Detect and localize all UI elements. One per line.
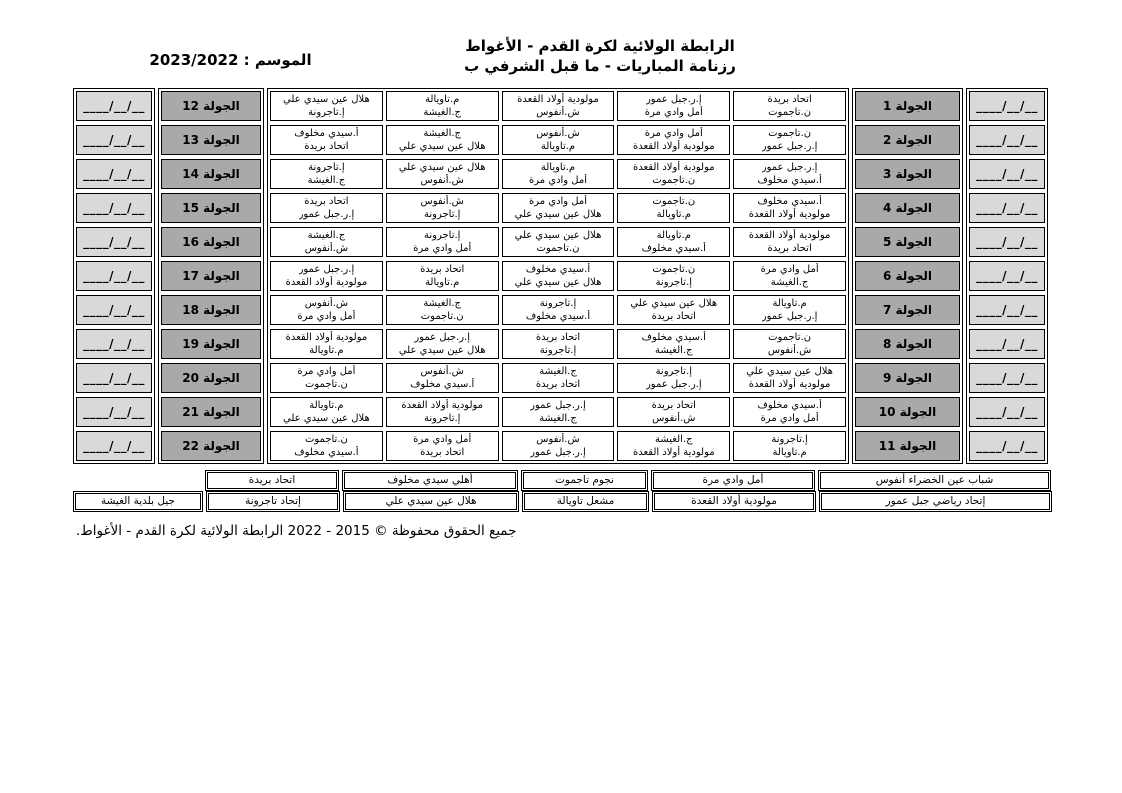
round-label-right: الجولة 6 xyxy=(855,261,960,291)
match-cell: إ.ر.جبل عمورأ.سيدي مخلوف xyxy=(733,159,846,189)
home-team-name: إ.تاجرونة xyxy=(656,365,692,378)
away-team-name: هلال عين سيدي علي xyxy=(515,208,602,221)
home-team-name: ش.أنفوس xyxy=(536,127,579,140)
legend-team-cell: اتحاد بريدة xyxy=(205,470,339,491)
match-cell: ج.الغيشةن.تاجموت xyxy=(386,295,499,325)
home-team-name: ش.أنفوس xyxy=(421,365,464,378)
away-team-name: أ.سيدي مخلوف xyxy=(642,242,706,255)
away-team-name: مولودية أولاد القعدة xyxy=(286,276,368,289)
legend-team-name: مشعل تاويالة xyxy=(524,493,647,510)
date-blank-right: ____/__/__ xyxy=(969,363,1045,393)
match-cell: مولودية أولاد القعدةاتحاد بريدة xyxy=(733,227,846,257)
away-team-name: أ.سيدي مخلوف xyxy=(526,310,590,323)
away-team-name: ج.الغيشة xyxy=(308,174,346,187)
legend-team-name: مولودية أولاد القعدة xyxy=(654,493,814,510)
match-cell: أ.سيدي مخلوفاتحاد بريدة xyxy=(270,125,383,155)
away-team-name: مولودية أولاد القعدة xyxy=(749,208,831,221)
date-blank-right: ____/__/__ xyxy=(969,329,1045,359)
home-team-name: هلال عين سيدي علي xyxy=(746,365,833,378)
round-label-left: الجولة 13 xyxy=(161,125,261,155)
away-team-name: ش.أنفوس xyxy=(305,242,348,255)
date-blank-right: ____/__/__ xyxy=(969,91,1045,121)
date-blank-right: ____/__/__ xyxy=(969,227,1045,257)
away-team-name: أمل وادي مرة xyxy=(645,106,703,119)
away-team-name: مولودية أولاد القعدة xyxy=(749,378,831,391)
away-team-name: ج.الغيشة xyxy=(771,276,809,289)
away-team-name: م.تاويالة xyxy=(657,208,691,221)
home-team-name: هلال عين سيدي علي xyxy=(399,161,486,174)
home-team-name: ش.أنفوس xyxy=(305,297,348,310)
date-blank-right: ____/__/__ xyxy=(969,397,1045,427)
legend-team-cell: جيل بلدية الغيشة xyxy=(73,491,203,512)
match-cell: أ.سيدي مخلوفأمل وادي مرة xyxy=(733,397,846,427)
home-team-name: اتحاد بريدة xyxy=(304,195,348,208)
away-team-name: إ.ر.جبل عمور xyxy=(762,310,818,323)
match-cell: م.تاويالةإ.ر.جبل عمور xyxy=(733,295,846,325)
date-blank-left: ____/__/__ xyxy=(76,295,152,325)
match-cell: إ.ر.جبل عمورج.الغيشة xyxy=(502,397,615,427)
match-cell: م.تاويالةأمل وادي مرة xyxy=(502,159,615,189)
home-team-name: أمل وادي مرة xyxy=(413,433,471,446)
home-team-name: ش.أنفوس xyxy=(536,433,579,446)
match-cell: اتحاد بريدةإ.تاجرونة xyxy=(502,329,615,359)
home-team-name: اتحاد بريدة xyxy=(536,331,580,344)
copyright-text: جميع الحقوق محفوظة © 2015 - 2022 الرابطة… xyxy=(76,523,516,539)
round-label-right: الجولة 8 xyxy=(855,329,960,359)
header-titles: الرابطة الولائية لكرة القدم - الأغواط رز… xyxy=(300,36,900,76)
match-cell: ن.تاجموتإ.تاجرونة xyxy=(617,261,730,291)
page-title: الرابطة الولائية لكرة القدم - الأغواط xyxy=(300,36,900,56)
round-label-right: الجولة 2 xyxy=(855,125,960,155)
match-cell: أمل وادي مرةج.الغيشة xyxy=(733,261,846,291)
away-team-name: م.تاويالة xyxy=(541,140,575,153)
away-team-name: أمل وادي مرة xyxy=(297,310,355,323)
match-cell: ج.الغيشةش.أنفوس xyxy=(270,227,383,257)
away-team-name: أمل وادي مرة xyxy=(761,412,819,425)
match-cell: هلال عين سيدي عليإ.تاجرونة xyxy=(270,91,383,121)
home-team-name: م.تاويالة xyxy=(309,399,343,412)
home-team-name: مولودية أولاد القعدة xyxy=(401,399,483,412)
home-team-name: مولودية أولاد القعدة xyxy=(633,161,715,174)
date-blank-left: ____/__/__ xyxy=(76,363,152,393)
away-team-name: م.تاويالة xyxy=(425,276,459,289)
home-team-name: أمل وادي مرة xyxy=(529,195,587,208)
away-team-name: إ.تاجرونة xyxy=(308,106,344,119)
round-label-left: الجولة 17 xyxy=(161,261,261,291)
rounds-column-right: الجولة 1الجولة 2الجولة 3الجولة 4الجولة 5… xyxy=(852,88,963,464)
match-cell: م.تاويالةج.الغيشة xyxy=(386,91,499,121)
match-cell: إ.تاجرونةج.الغيشة xyxy=(270,159,383,189)
match-cell: أمل وادي مرةاتحاد بريدة xyxy=(386,431,499,461)
match-cell: إ.تاجرونةأ.سيدي مخلوف xyxy=(502,295,615,325)
legend-team-name: جيل بلدية الغيشة xyxy=(75,493,201,510)
date-blank-left: ____/__/__ xyxy=(76,125,152,155)
home-team-name: إ.تاجرونة xyxy=(424,229,460,242)
away-team-name: ش.أنفوس xyxy=(768,344,811,357)
away-team-name: إ.ر.جبل عمور xyxy=(646,378,702,391)
home-team-name: هلال عين سيدي علي xyxy=(283,93,370,106)
match-cell: أمل وادي مرةن.تاجموت xyxy=(270,363,383,393)
match-cell: اتحاد بريدةم.تاويالة xyxy=(386,261,499,291)
away-team-name: ن.تاجموت xyxy=(768,106,811,119)
away-team-name: هلال عين سيدي علي xyxy=(515,276,602,289)
match-cell: مولودية أولاد القعدةن.تاجموت xyxy=(617,159,730,189)
match-cell: م.تاويالةأ.سيدي مخلوف xyxy=(617,227,730,257)
away-team-name: إ.تاجرونة xyxy=(424,208,460,221)
round-label-left: الجولة 14 xyxy=(161,159,261,189)
away-team-name: اتحاد بريدة xyxy=(420,446,464,459)
legend-team-name: نجوم تاجموت xyxy=(523,472,646,489)
match-cell: هلال عين سيدي علين.تاجموت xyxy=(502,227,615,257)
round-label-left: الجولة 12 xyxy=(161,91,261,121)
round-label-left: الجولة 20 xyxy=(161,363,261,393)
legend-team-cell: إتحاد رياضي جبل عمور xyxy=(819,491,1052,512)
legend-team-cell: نجوم تاجموت xyxy=(521,470,648,491)
legend-team-cell: مشعل تاويالة xyxy=(522,491,649,512)
home-team-name: مولودية أولاد القعدة xyxy=(517,93,599,106)
home-team-name: ن.تاجموت xyxy=(652,263,695,276)
match-cell: إ.تاجرونةم.تاويالة xyxy=(733,431,846,461)
away-team-name: ن.تاجموت xyxy=(421,310,464,323)
away-team-name: أ.سيدي مخلوف xyxy=(757,174,821,187)
round-label-left: الجولة 18 xyxy=(161,295,261,325)
away-team-name: أ.سيدي مخلوف xyxy=(294,446,358,459)
round-label-left: الجولة 19 xyxy=(161,329,261,359)
away-team-name: هلال عين سيدي علي xyxy=(399,344,486,357)
round-label-right: الجولة 11 xyxy=(855,431,960,461)
match-cell: ن.تاجموتم.تاويالة xyxy=(617,193,730,223)
home-team-name: هلال عين سيدي علي xyxy=(630,297,717,310)
home-team-name: ج.الغيشة xyxy=(655,433,693,446)
round-label-right: الجولة 9 xyxy=(855,363,960,393)
home-team-name: أ.سيدي مخلوف xyxy=(294,127,358,140)
legend-team-cell: أمل وادي مرة xyxy=(651,470,815,491)
home-team-name: ن.تاجموت xyxy=(768,127,811,140)
away-team-name: اتحاد بريدة xyxy=(652,310,696,323)
home-team-name: م.تاويالة xyxy=(541,161,575,174)
home-team-name: أ.سيدي مخلوف xyxy=(757,195,821,208)
match-cell: إ.ر.جبل عمورأمل وادي مرة xyxy=(617,91,730,121)
home-team-name: إ.ر.جبل عمور xyxy=(646,93,702,106)
date-blank-left: ____/__/__ xyxy=(76,329,152,359)
home-team-name: ن.تاجموت xyxy=(305,433,348,446)
schedule-table: ____/__/______/__/______/__/______/__/__… xyxy=(73,88,1048,464)
round-label-right: الجولة 3 xyxy=(855,159,960,189)
round-label-right: الجولة 1 xyxy=(855,91,960,121)
date-blank-left: ____/__/__ xyxy=(76,261,152,291)
legend-team-name: شباب عين الخضراء أنفوس xyxy=(820,472,1049,489)
home-team-name: م.تاويالة xyxy=(772,297,806,310)
date-blank-right: ____/__/__ xyxy=(969,193,1045,223)
legend-team-cell: مولودية أولاد القعدة xyxy=(652,491,816,512)
round-label-right: الجولة 10 xyxy=(855,397,960,427)
away-team-name: أمل وادي مرة xyxy=(413,242,471,255)
away-team-name: ج.الغيشة xyxy=(539,412,577,425)
home-team-name: إ.ر.جبل عمور xyxy=(530,399,586,412)
home-team-name: ج.الغيشة xyxy=(423,127,461,140)
match-cell: ش.أنفوسم.تاويالة xyxy=(502,125,615,155)
date-blank-right: ____/__/__ xyxy=(969,125,1045,155)
legend-team-cell: هلال عين سيدي علي xyxy=(343,491,519,512)
away-team-name: ش.أنفوس xyxy=(421,174,464,187)
date-blank-left: ____/__/__ xyxy=(76,227,152,257)
match-cell: ج.الغيشةمولودية أولاد القعدة xyxy=(617,431,730,461)
away-team-name: ن.تاجموت xyxy=(537,242,580,255)
round-label-left: الجولة 21 xyxy=(161,397,261,427)
legend-team-name: أهلي سيدي مخلوف xyxy=(344,472,516,489)
match-cell: ج.الغيشةهلال عين سيدي علي xyxy=(386,125,499,155)
date-blank-left: ____/__/__ xyxy=(76,91,152,121)
home-team-name: أ.سيدي مخلوف xyxy=(757,399,821,412)
home-team-name: مولودية أولاد القعدة xyxy=(749,229,831,242)
round-label-right: الجولة 5 xyxy=(855,227,960,257)
match-cell: أمل وادي مرةمولودية أولاد القعدة xyxy=(617,125,730,155)
away-team-name: م.تاويالة xyxy=(309,344,343,357)
away-team-name: هلال عين سيدي علي xyxy=(399,140,486,153)
home-team-name: مولودية أولاد القعدة xyxy=(286,331,368,344)
date-blank-right: ____/__/__ xyxy=(969,295,1045,325)
legend-team-cell: شباب عين الخضراء أنفوس xyxy=(818,470,1051,491)
match-cell: ن.تاجموتإ.ر.جبل عمور xyxy=(733,125,846,155)
date-blank-right: ____/__/__ xyxy=(969,431,1045,461)
rounds-column-left: الجولة 12الجولة 13الجولة 14الجولة 15الجو… xyxy=(158,88,264,464)
round-label-left: الجولة 16 xyxy=(161,227,261,257)
away-team-name: اتحاد بريدة xyxy=(536,378,580,391)
match-cell: إ.ر.جبل عمورمولودية أولاد القعدة xyxy=(270,261,383,291)
match-cell: م.تاويالةهلال عين سيدي علي xyxy=(270,397,383,427)
round-label-left: الجولة 15 xyxy=(161,193,261,223)
home-team-name: اتحاد بريدة xyxy=(767,93,811,106)
match-cell: ن.تاجموتأ.سيدي مخلوف xyxy=(270,431,383,461)
date-blank-right: ____/__/__ xyxy=(969,159,1045,189)
date-blank-left: ____/__/__ xyxy=(76,397,152,427)
match-cell: ش.أنفوسأ.سيدي مخلوف xyxy=(386,363,499,393)
away-team-name: إ.تاجرونة xyxy=(540,344,576,357)
home-team-name: أ.سيدي مخلوف xyxy=(526,263,590,276)
home-team-name: اتحاد بريدة xyxy=(652,399,696,412)
home-team-name: م.تاويالة xyxy=(425,93,459,106)
away-team-name: أمل وادي مرة xyxy=(529,174,587,187)
home-team-name: إ.تاجرونة xyxy=(771,433,807,446)
legend-row-1: اتحاد بريدةأهلي سيدي مخلوفنجوم تاجموتأمل… xyxy=(205,470,1051,491)
match-cell: ش.أنفوسأمل وادي مرة xyxy=(270,295,383,325)
home-team-name: أ.سيدي مخلوف xyxy=(642,331,706,344)
match-cell: أمل وادي مرةهلال عين سيدي علي xyxy=(502,193,615,223)
away-team-name: اتحاد بريدة xyxy=(767,242,811,255)
match-cell: مولودية أولاد القعدةش.أنفوس xyxy=(502,91,615,121)
match-cell: ش.أنفوسإ.ر.جبل عمور xyxy=(502,431,615,461)
away-team-name: أ.سيدي مخلوف xyxy=(410,378,474,391)
home-team-name: إ.تاجرونة xyxy=(540,297,576,310)
dates-column-left: ____/__/______/__/______/__/______/__/__… xyxy=(73,88,155,464)
match-cell: اتحاد بريدةن.تاجموت xyxy=(733,91,846,121)
legend-team-name: إتحاد رياضي جبل عمور xyxy=(821,493,1050,510)
away-team-name: ش.أنفوس xyxy=(652,412,695,425)
legend-row-2: جيل بلدية الغيشةإتحاد تاجرونةهلال عين سي… xyxy=(73,491,1052,512)
match-cell: ش.أنفوسإ.تاجرونة xyxy=(386,193,499,223)
season-label: الموسم : 2023/2022 xyxy=(148,51,313,69)
match-cell: ج.الغيشةاتحاد بريدة xyxy=(502,363,615,393)
match-cell: مولودية أولاد القعدةم.تاويالة xyxy=(270,329,383,359)
home-team-name: ن.تاجموت xyxy=(652,195,695,208)
dates-column-right: ____/__/______/__/______/__/______/__/__… xyxy=(966,88,1048,464)
away-team-name: إ.ر.جبل عمور xyxy=(762,140,818,153)
date-blank-left: ____/__/__ xyxy=(76,159,152,189)
away-team-name: ج.الغيشة xyxy=(655,344,693,357)
round-label-right: الجولة 4 xyxy=(855,193,960,223)
match-cell: هلال عين سيدي عليمولودية أولاد القعدة xyxy=(733,363,846,393)
match-cell: هلال عين سيدي عليش.أنفوس xyxy=(386,159,499,189)
match-cell: أ.سيدي مخلوفمولودية أولاد القعدة xyxy=(733,193,846,223)
matches-grid: هلال عين سيدي عليإ.تاجرونةم.تاويالةج.الغ… xyxy=(267,88,849,464)
away-team-name: ج.الغيشة xyxy=(423,106,461,119)
home-team-name: ج.الغيشة xyxy=(423,297,461,310)
home-team-name: ن.تاجموت xyxy=(768,331,811,344)
match-cell: ن.تاجموتش.أنفوس xyxy=(733,329,846,359)
legend-team-name: أمل وادي مرة xyxy=(653,472,813,489)
match-cell: أ.سيدي مخلوفهلال عين سيدي علي xyxy=(502,261,615,291)
legend-team-name: إتحاد تاجرونة xyxy=(208,493,338,510)
home-team-name: أمل وادي مرة xyxy=(297,365,355,378)
schedule-page: الرابطة الولائية لكرة القدم - الأغواط رز… xyxy=(0,0,1122,793)
away-team-name: م.تاويالة xyxy=(772,446,806,459)
away-team-name: هلال عين سيدي علي xyxy=(283,412,370,425)
home-team-name: إ.ر.جبل عمور xyxy=(299,263,355,276)
home-team-name: إ.ر.جبل عمور xyxy=(414,331,470,344)
match-cell: اتحاد بريدةإ.ر.جبل عمور xyxy=(270,193,383,223)
home-team-name: أمل وادي مرة xyxy=(645,127,703,140)
home-team-name: إ.ر.جبل عمور xyxy=(762,161,818,174)
home-team-name: إ.تاجرونة xyxy=(308,161,344,174)
round-label-right: الجولة 7 xyxy=(855,295,960,325)
legend-team-name: اتحاد بريدة xyxy=(207,472,337,489)
match-cell: أ.سيدي مخلوفج.الغيشة xyxy=(617,329,730,359)
legend-team-name: هلال عين سيدي علي xyxy=(345,493,517,510)
away-team-name: ن.تاجموت xyxy=(305,378,348,391)
home-team-name: ج.الغيشة xyxy=(539,365,577,378)
match-cell: اتحاد بريدةش.أنفوس xyxy=(617,397,730,427)
away-team-name: ش.أنفوس xyxy=(536,106,579,119)
home-team-name: م.تاويالة xyxy=(657,229,691,242)
home-team-name: اتحاد بريدة xyxy=(420,263,464,276)
home-team-name: أمل وادي مرة xyxy=(761,263,819,276)
match-cell: إ.ر.جبل عمورهلال عين سيدي علي xyxy=(386,329,499,359)
home-team-name: هلال عين سيدي علي xyxy=(515,229,602,242)
home-team-name: ج.الغيشة xyxy=(308,229,346,242)
match-cell: هلال عين سيدي علياتحاد بريدة xyxy=(617,295,730,325)
legend-team-cell: إتحاد تاجرونة xyxy=(206,491,340,512)
match-cell: إ.تاجرونةأمل وادي مرة xyxy=(386,227,499,257)
away-team-name: اتحاد بريدة xyxy=(304,140,348,153)
date-blank-left: ____/__/__ xyxy=(76,431,152,461)
match-cell: إ.تاجرونةإ.ر.جبل عمور xyxy=(617,363,730,393)
away-team-name: مولودية أولاد القعدة xyxy=(633,446,715,459)
away-team-name: مولودية أولاد القعدة xyxy=(633,140,715,153)
away-team-name: إ.تاجرونة xyxy=(424,412,460,425)
away-team-name: إ.ر.جبل عمور xyxy=(299,208,355,221)
date-blank-right: ____/__/__ xyxy=(969,261,1045,291)
match-cell: مولودية أولاد القعدةإ.تاجرونة xyxy=(386,397,499,427)
away-team-name: ن.تاجموت xyxy=(652,174,695,187)
round-label-left: الجولة 22 xyxy=(161,431,261,461)
home-team-name: ش.أنفوس xyxy=(421,195,464,208)
page-subtitle: رزنامة المباريات - ما قبل الشرفي ب xyxy=(300,56,900,76)
away-team-name: إ.ر.جبل عمور xyxy=(530,446,586,459)
date-blank-left: ____/__/__ xyxy=(76,193,152,223)
legend-team-cell: أهلي سيدي مخلوف xyxy=(342,470,518,491)
away-team-name: إ.تاجرونة xyxy=(656,276,692,289)
